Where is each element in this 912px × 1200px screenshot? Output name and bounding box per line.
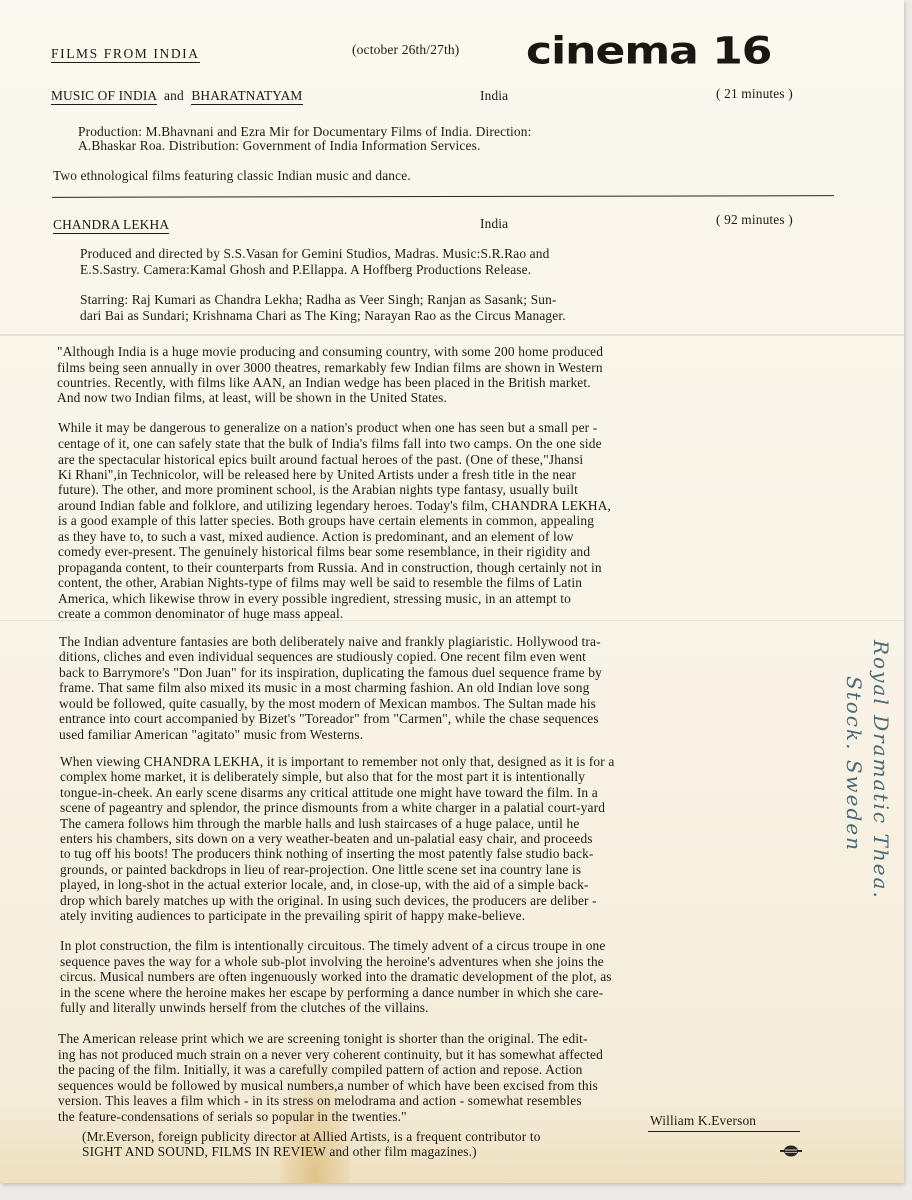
essay-line: And now two Indian films, at least, will…	[57, 390, 447, 406]
program-2-cast-line: Starring: Raj Kumari as Chandra Lekha; R…	[80, 292, 557, 308]
cinema16-logo: cinema 16	[526, 33, 771, 70]
program-1-title: MUSIC OF INDIA and BHARATNATYAM	[51, 88, 303, 104]
essay-line: grounds, or painted backdrops in lieu of…	[60, 862, 581, 878]
essay-line: create a common denominator of huge mass…	[58, 606, 343, 622]
handwritten-note-line-2: Stock. Sweden	[842, 676, 866, 852]
handwritten-note-line-1: Royal Dramatic Thea.	[869, 640, 893, 900]
program-1-runtime: ( 21 minutes )	[716, 86, 793, 102]
essay-line: fully and literally unwinds herself from…	[60, 1000, 429, 1016]
essay-line: to tug off his boots! The producers thin…	[60, 846, 594, 862]
essay-line: as they have to, to such a vast, mixed a…	[58, 529, 574, 545]
essay-line: circus. Musical numbers are often ingenu…	[60, 969, 612, 985]
essay-line: ing has not produced much strain on a ne…	[58, 1047, 603, 1063]
program-sheet: FILMS FROM INDIA (october 26th/27th) cin…	[0, 0, 904, 1183]
essay-line: tongue-in-cheek. An early scene disarms …	[60, 785, 598, 801]
program-2-credits-line: Produced and directed by S.S.Vasan for G…	[80, 246, 549, 262]
essay-line: are the spectacular historical epics bui…	[58, 452, 583, 468]
essay-line: enters his chambers, sits down on a very…	[60, 831, 593, 847]
program-2-runtime: ( 92 minutes )	[716, 212, 793, 228]
essay-line: The Indian adventure fantasies are both …	[59, 634, 601, 650]
essay-line: played, in long-shot in the actual exter…	[60, 877, 589, 893]
essay-line: ditions, cliches and even individual seq…	[59, 649, 586, 665]
program-1-description: Two ethnological films featuring classic…	[53, 168, 411, 184]
screening-dates: (october 26th/27th)	[352, 42, 459, 58]
essay-line: content, the other, Arabian Nights-type …	[58, 575, 582, 591]
signature-underline	[648, 1131, 800, 1132]
essay-line: entrance into court accompanied by Bizet…	[59, 711, 599, 727]
essay-line: America, which likewise throw in every p…	[58, 591, 571, 607]
essay-line: complex home market, it is deliberately …	[60, 769, 585, 785]
author-note-line: SIGHT AND SOUND, FILMS IN REVIEW and oth…	[82, 1144, 477, 1160]
essay-line: the pacing of the film. Initially, it wa…	[58, 1062, 583, 1078]
program-2-credits-line: E.S.Sastry. Camera:Kamal Ghosh and P.Ell…	[80, 262, 531, 278]
essay-line: sequence paves the way for a whole sub-p…	[60, 954, 604, 970]
program-2-country: India	[480, 216, 508, 232]
essay-line: would be followed, quite casually, by th…	[59, 696, 596, 712]
printer-emblem-icon	[780, 1144, 802, 1158]
essay-line: comedy ever-present. The genuinely histo…	[58, 544, 590, 560]
essay-line: centage of it, one can safely state that…	[58, 436, 602, 452]
essay-line: propaganda content, to their counterpart…	[58, 560, 602, 576]
program-1-credits-line: A.Bhaskar Roa. Distribution: Government …	[78, 138, 480, 154]
essay-line: Ki Rhani",in Technicolor, will be releas…	[58, 467, 576, 483]
author-note-line: (Mr.Everson, foreign publicity director …	[82, 1129, 541, 1145]
essay-line: used familiar American "agitato" music f…	[59, 727, 363, 743]
essay-line: drop which barely matches up with the or…	[60, 893, 597, 909]
essay-line: The camera follows him through the marbl…	[60, 816, 579, 832]
essay-line: countries. Recently, with films like AAN…	[57, 375, 591, 391]
essay-line: While it may be dangerous to generalize …	[58, 420, 597, 436]
essay-line: "Although India is a huge movie producin…	[57, 344, 603, 360]
paper-fold	[0, 334, 904, 336]
essay-line: scene of pageantry and splendor, the pri…	[60, 800, 605, 816]
essay-line: future). The other, and more prominent s…	[58, 482, 578, 498]
essay-line: is a good example of this latter species…	[58, 513, 594, 529]
program-1-country: India	[480, 88, 508, 104]
essay-line: ately inviting audiences to participate …	[60, 908, 525, 924]
author-signature: William K.Everson	[650, 1113, 756, 1129]
essay-line: The American release print which we are …	[58, 1031, 588, 1047]
program-2-title: CHANDRA LEKHA	[53, 217, 169, 233]
essay-line: version. This leaves a film which - in i…	[58, 1093, 582, 1109]
essay-line: films being seen annually in over 3000 t…	[57, 360, 603, 376]
essay-line: around Indian fable and folklore, and ut…	[58, 498, 611, 514]
section-divider	[52, 195, 834, 198]
program-2-cast-line: dari Bai as Sundari; Krishnama Chari as …	[80, 308, 566, 324]
series-title: FILMS FROM INDIA	[51, 46, 200, 62]
essay-line: in the scene where the heroine makes her…	[60, 985, 603, 1001]
essay-line: back to Barrymore's "Don Juan" for its i…	[59, 665, 602, 681]
essay-line: In plot construction, the film is intent…	[60, 938, 606, 954]
essay-line: the feature-condensations of serials so …	[58, 1109, 407, 1125]
essay-line: frame. That same film also mixed its mus…	[59, 680, 589, 696]
essay-line: When viewing CHANDRA LEKHA, it is import…	[60, 754, 614, 770]
essay-line: sequences would be followed by musical n…	[58, 1078, 598, 1094]
